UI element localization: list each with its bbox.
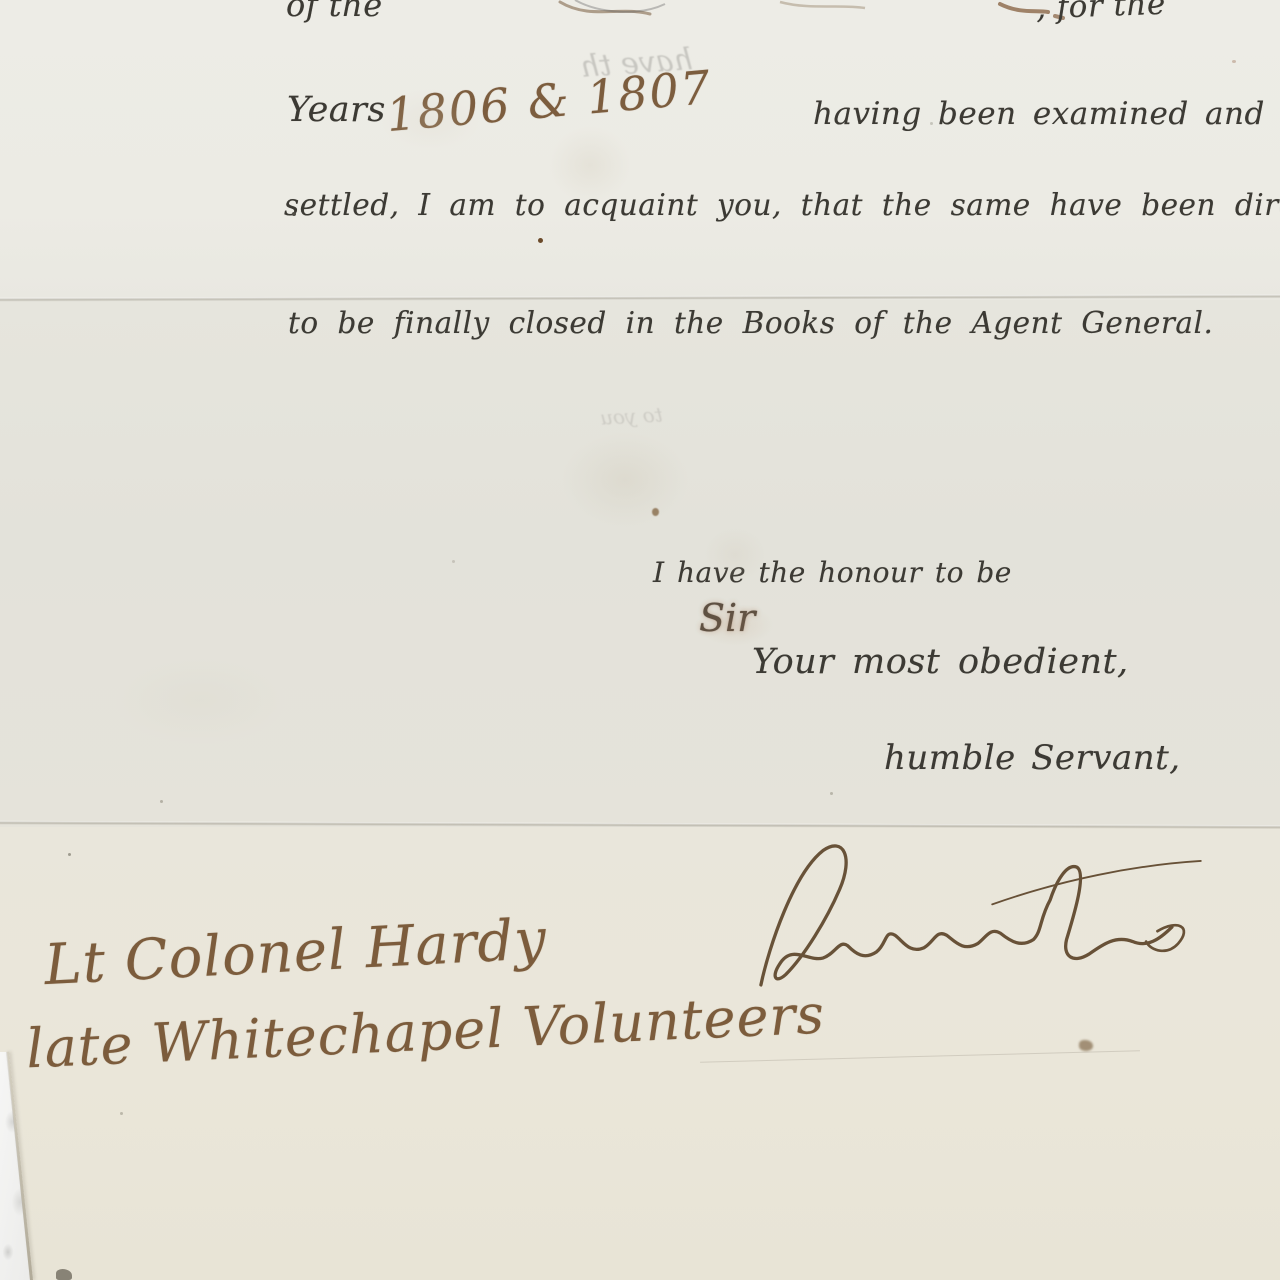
closing-obedient-line: Your most obedient,	[752, 642, 1129, 682]
closing-sir-manuscript: Sir	[699, 596, 755, 640]
closing-servant-line: humble Servant,	[884, 738, 1181, 778]
body-line4: to be finally closed in the Books of the…	[288, 306, 1213, 340]
body-line1-left: of the	[286, 0, 383, 24]
body-line1-right: , for the	[1035, 0, 1166, 26]
ink-showthrough-middle: to you	[599, 402, 663, 429]
paper-edge-notch	[56, 1269, 72, 1280]
letter-photograph: have th to you of the , for the Years 18…	[0, 0, 1280, 1280]
body-line3: settled, I am to acquaint you, that the …	[284, 188, 1280, 222]
cropped-manuscript-strokes	[480, 0, 1100, 30]
closing-honour-line: I have the honour to be	[653, 556, 1012, 589]
body-line2: having been examined and	[813, 96, 1265, 132]
years-label-printed: Years	[287, 90, 386, 130]
